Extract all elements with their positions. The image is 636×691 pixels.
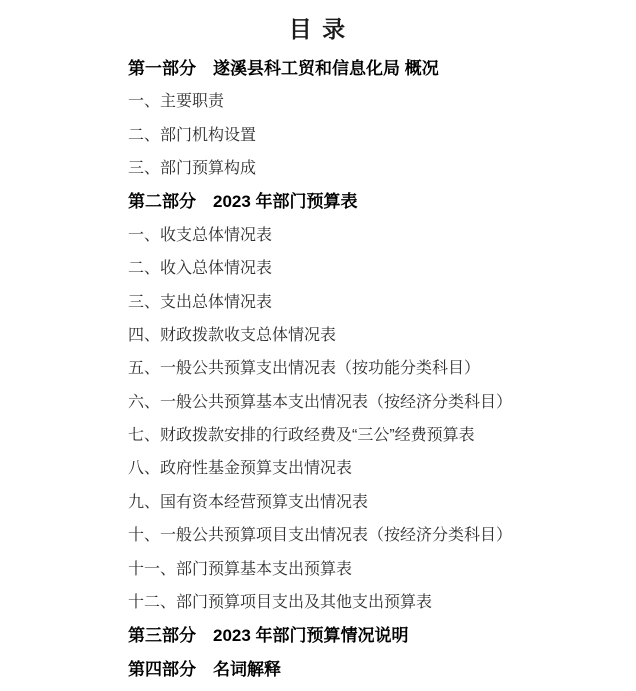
toc-item: 八、政府性基金预算支出情况表 — [128, 450, 596, 483]
toc-item: 四、财政拨款收支总体情况表 — [128, 317, 596, 350]
section-label: 第一部分 — [128, 54, 196, 79]
toc-item-text: 一、收支总体情况表 — [128, 222, 272, 245]
section-title: 2023 年部门预算表 — [213, 187, 358, 212]
toc-item-text: 六、一般公共预算基本支出情况表（按经济分类科目） — [128, 389, 512, 412]
toc-section-heading: 第四部分名词解释 — [128, 651, 596, 684]
toc-section-heading: 第三部分2023 年部门预算情况说明 — [128, 617, 596, 650]
toc-item-text: 十、一般公共预算项目支出情况表（按经济分类科目） — [128, 522, 512, 545]
toc-item-text: 九、国有资本经营预算支出情况表 — [128, 489, 368, 512]
toc-item: 三、支出总体情况表 — [128, 283, 596, 316]
toc-item-text: 十二、部门预算项目支出及其他支出预算表 — [128, 589, 432, 612]
toc-item: 九、国有资本经营预算支出情况表 — [128, 484, 596, 517]
toc-item-text: 四、财政拨款收支总体情况表 — [128, 322, 336, 345]
section-label: 第二部分 — [128, 187, 196, 212]
toc-item: 三、部门预算构成 — [128, 150, 596, 183]
toc-item-text: 三、部门预算构成 — [128, 155, 256, 178]
toc-item: 七、财政拨款安排的行政经费及“三公”经费预算表 — [128, 417, 596, 450]
toc-item: 一、收支总体情况表 — [128, 217, 596, 250]
toc-item: 五、一般公共预算支出情况表（按功能分类科目） — [128, 350, 596, 383]
toc-item: 一、主要职责 — [128, 83, 596, 116]
toc-item-text: 二、部门机构设置 — [128, 122, 256, 145]
page-title: 目 录 — [0, 0, 636, 44]
toc-item: 十、一般公共预算项目支出情况表（按经济分类科目） — [128, 517, 596, 550]
toc-item: 二、收入总体情况表 — [128, 250, 596, 283]
toc-section-heading: 第二部分2023 年部门预算表 — [128, 183, 596, 216]
section-label: 第四部分 — [128, 655, 196, 680]
toc-item-text: 七、财政拨款安排的行政经费及“三公”经费预算表 — [128, 422, 475, 445]
section-title: 遂溪县科工贸和信息化局 概况 — [213, 54, 439, 79]
toc-item-text: 五、一般公共预算支出情况表（按功能分类科目） — [128, 355, 480, 378]
toc-list: 第一部分遂溪县科工贸和信息化局 概况一、主要职责二、部门机构设置三、部门预算构成… — [128, 50, 596, 684]
section-label: 第三部分 — [128, 621, 196, 646]
toc-item-text: 八、政府性基金预算支出情况表 — [128, 455, 352, 478]
toc-section-heading: 第一部分遂溪县科工贸和信息化局 概况 — [128, 50, 596, 83]
document-page: 目 录 第一部分遂溪县科工贸和信息化局 概况一、主要职责二、部门机构设置三、部门… — [0, 0, 636, 691]
toc-item: 十二、部门预算项目支出及其他支出预算表 — [128, 584, 596, 617]
toc-item: 二、部门机构设置 — [128, 116, 596, 149]
toc-item-text: 十一、部门预算基本支出预算表 — [128, 556, 352, 579]
toc-item-text: 二、收入总体情况表 — [128, 255, 272, 278]
toc-item-text: 三、支出总体情况表 — [128, 289, 272, 312]
toc-item-text: 一、主要职责 — [128, 88, 224, 111]
toc-item: 十一、部门预算基本支出预算表 — [128, 550, 596, 583]
toc-item: 六、一般公共预算基本支出情况表（按经济分类科目） — [128, 384, 596, 417]
section-title: 2023 年部门预算情况说明 — [213, 621, 409, 646]
section-title: 名词解释 — [213, 655, 281, 680]
